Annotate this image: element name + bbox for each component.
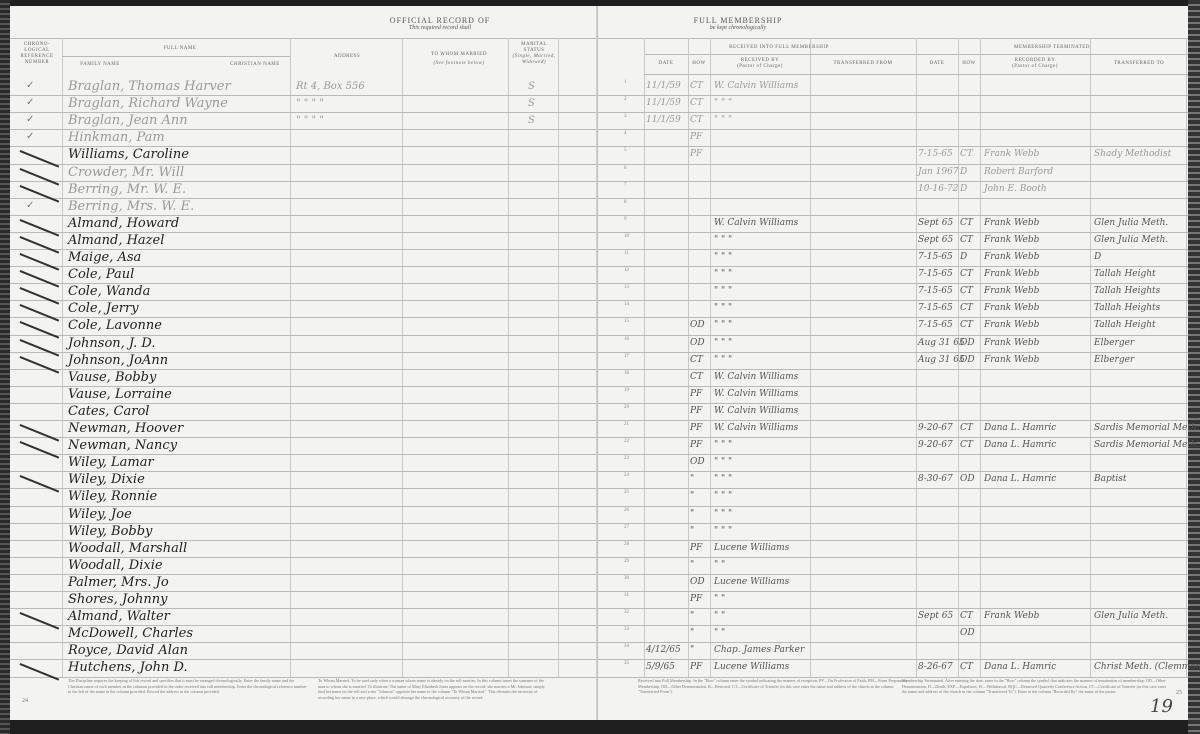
recorded-by: Robert Barford <box>984 167 1053 177</box>
row-rule <box>598 95 1188 96</box>
strike-mark-icon <box>20 663 60 680</box>
received-how: " <box>690 645 694 655</box>
terminated-how: CT <box>960 611 973 621</box>
received-by: W. Calvin Williams <box>714 389 798 399</box>
member-name: Hinkman, Pam <box>68 130 165 145</box>
right-page-number: 25 <box>1176 690 1182 696</box>
check-mark-icon: ✓ <box>26 97 34 108</box>
received-by: " " " <box>714 98 732 108</box>
column-rule <box>710 38 711 677</box>
member-name: Crowder, Mr. Will <box>68 165 184 180</box>
member-name: Berring, Mr. W. E. <box>68 182 186 197</box>
member-name: McDowell, Charles <box>68 626 193 641</box>
transferred-to: Christ Meth. (Clemmons) <box>1094 662 1200 672</box>
row-number: 15 <box>624 319 629 324</box>
received-how: CT <box>690 98 703 108</box>
recorded-by: Frank Webb <box>984 149 1039 159</box>
received-by: " " " <box>714 235 732 245</box>
column-rule <box>402 38 403 677</box>
terminated-date: 8-26-67 <box>918 662 953 672</box>
received-how: PF <box>690 423 702 433</box>
received-how: " <box>690 474 694 484</box>
terminated-how: CT <box>960 320 973 330</box>
received-by: Chap. James Parker <box>714 645 804 655</box>
terminated-how: D <box>960 184 967 194</box>
received-by: " " <box>714 628 725 638</box>
header-marital-status: MARITAL STATUS (Single, Married, Widowed… <box>512 42 556 66</box>
recorded-by: Dana L. Hamric <box>984 423 1056 433</box>
membership-title: FULL MEMBERSHIP <box>638 16 838 25</box>
received-by: " " " <box>714 286 732 296</box>
header-recorded-by: RECORDED BY (Pastor of Charge) <box>980 58 1090 70</box>
member-name: Wiley, Joe <box>68 507 132 522</box>
terminated-how: OD <box>960 355 975 365</box>
terminated-how: CT <box>960 440 973 450</box>
row-rule <box>598 642 1188 643</box>
member-name: Vause, Bobby <box>68 370 156 385</box>
member-name: Royce, David Alan <box>68 643 188 658</box>
terminated-how: CT <box>960 218 973 228</box>
right-page: FULL MEMBERSHIP be kept chronologically … <box>598 6 1188 720</box>
row-rule <box>598 403 1188 404</box>
column-rule <box>508 38 509 677</box>
member-name: Cole, Lavonne <box>68 318 162 333</box>
strike-mark-icon <box>20 612 60 629</box>
row-rule <box>598 420 1188 421</box>
row-number: 10 <box>624 234 629 239</box>
received-how: CT <box>690 372 703 382</box>
recorded-by: Frank Webb <box>984 303 1039 313</box>
row-number: 7 <box>624 183 627 188</box>
transferred-to: Baptist <box>1094 474 1126 484</box>
member-name: Cole, Wanda <box>68 284 150 299</box>
terminated-date: 7-15-65 <box>918 286 953 296</box>
received-by: W. Calvin Williams <box>714 81 798 91</box>
received-date: 11/1/59 <box>646 115 681 125</box>
strike-mark-icon <box>20 150 60 167</box>
terminated-date: Aug 31 65 <box>918 355 965 365</box>
recorded-by: John E. Booth <box>984 184 1047 194</box>
terminated-how: D <box>960 167 967 177</box>
member-name: Cates, Carol <box>68 404 149 419</box>
terminated-how: CT <box>960 303 973 313</box>
recorded-by: Frank Webb <box>984 611 1039 621</box>
row-rule <box>598 249 1188 250</box>
strike-mark-icon <box>20 356 60 373</box>
row-number: 4 <box>624 131 627 136</box>
received-how: PF <box>690 149 702 159</box>
strike-mark-icon <box>20 441 60 458</box>
row-rule <box>598 523 1188 524</box>
header-terminated: MEMBERSHIP TERMINATED <box>916 45 1188 51</box>
member-name: Wiley, Dixie <box>68 472 145 487</box>
marital-status: S <box>528 98 535 109</box>
right-footnote-received: Received into Full Membership. In the "H… <box>638 678 908 695</box>
terminated-how: CT <box>960 286 973 296</box>
received-how: OD <box>690 320 705 330</box>
row-rule <box>598 335 1188 336</box>
marital-status: S <box>528 115 535 126</box>
row-rule <box>598 232 1188 233</box>
row-rule <box>598 129 1188 130</box>
member-name: Maige, Asa <box>68 250 141 265</box>
member-name: Wiley, Lamar <box>68 455 154 470</box>
row-rule <box>598 471 1188 472</box>
marital-status-label: MARITAL STATUS <box>512 42 556 54</box>
row-number: 17 <box>624 354 629 359</box>
received-how: " <box>690 628 694 638</box>
header-term-date: DATE <box>916 61 958 67</box>
terminated-how: OD <box>960 338 975 348</box>
received-date: 11/1/59 <box>646 81 681 91</box>
to-whom-married-label: TO WHOM MARRIED <box>404 52 514 58</box>
row-rule <box>598 181 1188 182</box>
row-rule <box>598 625 1188 626</box>
received-how: PF <box>690 662 702 672</box>
terminated-date: 7-15-65 <box>918 303 953 313</box>
row-rule <box>598 266 1188 267</box>
row-rule <box>598 454 1188 455</box>
row-rule <box>598 300 1188 301</box>
received-by: " " <box>714 560 725 570</box>
member-name: Cole, Paul <box>68 267 134 282</box>
member-name: Wiley, Ronnie <box>68 489 157 504</box>
received-how: CT <box>690 355 703 365</box>
transferred-to: Glen Julia Meth. <box>1094 235 1168 245</box>
terminated-date: 7-15-65 <box>918 320 953 330</box>
recorded-by: Frank Webb <box>984 252 1039 262</box>
member-address: " " " " <box>296 98 324 109</box>
to-whom-married-note: (See footnote below) <box>433 61 484 66</box>
row-number: 18 <box>624 371 629 376</box>
received-by: " " " <box>714 526 732 536</box>
header-how: HOW <box>688 61 710 67</box>
strike-mark-icon <box>20 270 60 287</box>
received-by: " " " <box>714 269 732 279</box>
received-how: " <box>690 491 694 501</box>
transferred-to: Elberger <box>1094 355 1134 365</box>
member-name: Johnson, JoAnn <box>68 353 168 368</box>
transferred-to: Glen Julia Meth. <box>1094 218 1168 228</box>
row-number: 24 <box>624 473 629 478</box>
column-rule <box>1186 38 1187 677</box>
book-edge-right <box>1188 0 1200 734</box>
header-full-name: FULL NAME <box>70 46 290 52</box>
strike-mark-icon <box>20 287 60 304</box>
record-title: OFFICIAL RECORD OF <box>350 16 530 25</box>
check-mark-icon: ✓ <box>26 200 34 211</box>
row-number: 31 <box>624 593 629 598</box>
received-by: W. Calvin Williams <box>714 423 798 433</box>
received-how: PF <box>690 440 702 450</box>
row-number: 29 <box>624 559 629 564</box>
row-number: 13 <box>624 285 629 290</box>
member-name: Woodall, Marshall <box>68 541 187 556</box>
row-rule <box>598 198 1188 199</box>
strike-mark-icon <box>20 219 60 236</box>
terminated-date: 9-20-67 <box>918 440 953 450</box>
received-how: CT <box>690 115 703 125</box>
row-number: 28 <box>624 542 629 547</box>
strike-mark-icon <box>20 339 60 356</box>
row-number: 8 <box>624 200 627 205</box>
header-received-by: RECEIVED BY (Pastor of Charge) <box>710 58 810 70</box>
member-name: Braglan, Richard Wayne <box>68 96 228 111</box>
row-rule <box>598 591 1188 592</box>
member-name: Newman, Hoover <box>68 421 183 436</box>
received-how: OD <box>690 457 705 467</box>
terminated-how: CT <box>960 149 973 159</box>
received-by: " " " <box>714 491 732 501</box>
row-number: 16 <box>624 337 629 342</box>
left-page-title: OFFICIAL RECORD OF This required record … <box>350 16 530 31</box>
row-rule <box>598 146 1188 147</box>
recorded-by: Frank Webb <box>984 218 1039 228</box>
strike-mark-icon <box>20 424 60 441</box>
header-to-whom-married: TO WHOM MARRIED (See footnote below) <box>404 52 514 67</box>
row-rule <box>598 352 1188 353</box>
received-how: CT <box>690 81 703 91</box>
column-rule <box>558 38 559 677</box>
row-number: 33 <box>624 627 629 632</box>
received-how: OD <box>690 338 705 348</box>
row-rule <box>598 386 1188 387</box>
left-footnote-married: To Whom Married. To be used only when a … <box>318 678 548 700</box>
header-term-how: HOW <box>958 61 980 67</box>
member-name: Vause, Lorraine <box>68 387 172 402</box>
row-number: 14 <box>624 302 629 307</box>
member-name: Almand, Walter <box>68 609 170 624</box>
check-mark-icon: ✓ <box>26 131 34 142</box>
received-by: Lucene Williams <box>714 662 789 672</box>
received-how: PF <box>690 132 702 142</box>
received-how: " <box>690 526 694 536</box>
row-number: 26 <box>624 508 629 513</box>
terminated-how: CT <box>960 423 973 433</box>
received-how: PF <box>690 594 702 604</box>
strike-mark-icon <box>20 321 60 338</box>
row-rule <box>598 283 1188 284</box>
left-page-number: 24 <box>22 698 28 704</box>
member-name: Palmer, Mrs. Jo <box>68 575 169 590</box>
received-by: " " " <box>714 474 732 484</box>
strike-mark-icon <box>20 304 60 321</box>
left-page: OFFICIAL RECORD OF This required record … <box>10 6 599 720</box>
member-name: Woodall, Dixie <box>68 558 163 573</box>
recorded-by: Dana L. Hamric <box>984 440 1056 450</box>
row-number: 5 <box>624 148 627 153</box>
column-rule <box>916 38 917 677</box>
terminated-how: D <box>960 252 967 262</box>
terminated-date: 7-15-65 <box>918 269 953 279</box>
header-transferred-from: TRANSFERRED FROM <box>810 61 916 67</box>
row-number: 11 <box>624 251 629 256</box>
recorded-by: Frank Webb <box>984 235 1039 245</box>
strike-mark-icon <box>20 236 60 253</box>
column-rule <box>644 38 645 677</box>
received-by: " " " <box>714 457 732 467</box>
recorded-by-note: (Pastor of Charge) <box>980 64 1090 70</box>
row-number: 35 <box>624 661 629 666</box>
recorded-by: Dana L. Hamric <box>984 474 1056 484</box>
member-name: Cole, Jerry <box>68 301 139 316</box>
row-number: 22 <box>624 439 629 444</box>
record-subtitle: This required record shall <box>350 25 530 31</box>
terminated-how: OD <box>960 628 975 638</box>
row-rule <box>598 677 1188 678</box>
header-christian-name: CHRISTIAN NAME <box>220 62 290 68</box>
received-date: 4/12/65 <box>646 645 681 655</box>
member-name: Berring, Mrs. W. E. <box>68 199 194 214</box>
row-rule <box>598 557 1188 558</box>
received-how: PF <box>690 543 702 553</box>
received-date: 5/9/65 <box>646 662 675 672</box>
row-rule <box>598 540 1188 541</box>
column-rule <box>980 38 981 677</box>
terminated-how: CT <box>960 269 973 279</box>
header-ref-number: CHRONO-LOGICAL REFERENCE NUMBER <box>14 42 60 66</box>
member-name: Braglan, Jean Ann <box>68 113 188 128</box>
received-date: 11/1/59 <box>646 98 681 108</box>
received-by: " " <box>714 611 725 621</box>
transferred-to: Sardis Memorial Meth. <box>1094 440 1200 450</box>
recorded-by: Frank Webb <box>984 286 1039 296</box>
received-how: " <box>690 560 694 570</box>
transferred-to: Tallah Height <box>1094 269 1156 279</box>
row-rule <box>598 506 1188 507</box>
terminated-date: Sept 65 <box>918 218 953 228</box>
header-transferred-to: TRANSFERRED TO <box>1090 61 1188 67</box>
ledger-book: OFFICIAL RECORD OF This required record … <box>0 0 1200 734</box>
recorded-by: Frank Webb <box>984 338 1039 348</box>
received-by: " " " <box>714 320 732 330</box>
recorded-by: Frank Webb <box>984 355 1039 365</box>
handwritten-page-mark: 19 <box>1150 696 1173 717</box>
received-by: " " " <box>714 440 732 450</box>
row-rule <box>598 659 1188 660</box>
member-name: Almand, Hazel <box>68 233 164 248</box>
row-rule <box>598 369 1188 370</box>
received-by: " " " <box>714 252 732 262</box>
marital-status-note: (Single, Married, Widowed) <box>512 54 555 65</box>
header-family-name: FAMILY NAME <box>70 62 130 68</box>
row-rule <box>598 574 1188 575</box>
transferred-to: Elberger <box>1094 338 1134 348</box>
column-rule <box>688 38 689 677</box>
book-edge-left <box>0 0 10 734</box>
row-number: 23 <box>624 456 629 461</box>
row-rule <box>598 437 1188 438</box>
terminated-date: Jan 1967 <box>918 167 959 177</box>
row-number: 2 <box>624 97 627 102</box>
row-rule <box>598 112 1188 113</box>
row-rule <box>598 608 1188 609</box>
received-how: " <box>690 509 694 519</box>
column-rule <box>810 38 811 677</box>
row-number: 21 <box>624 422 629 427</box>
received-by: W. Calvin Williams <box>714 372 798 382</box>
received-how: OD <box>690 577 705 587</box>
header-date: DATE <box>644 61 688 67</box>
row-number: 34 <box>624 644 629 649</box>
member-name: Newman, Nancy <box>68 438 177 453</box>
member-name: Wiley, Bobby <box>68 524 152 539</box>
terminated-date: Sept 65 <box>918 611 953 621</box>
member-name: Williams, Caroline <box>68 147 189 162</box>
column-rule <box>290 38 291 677</box>
row-number: 1 <box>624 80 627 85</box>
received-how: PF <box>690 389 702 399</box>
transferred-to: Shady Methodist <box>1094 149 1171 159</box>
received-by: " " " <box>714 338 732 348</box>
right-footnote-terminated: Membership Terminated. After entering th… <box>902 678 1172 695</box>
column-rule <box>1090 38 1091 677</box>
transferred-to: Glen Julia Meth. <box>1094 611 1168 621</box>
recorded-by: Frank Webb <box>984 320 1039 330</box>
row-number: 12 <box>624 268 629 273</box>
right-page-title: FULL MEMBERSHIP be kept chronologically <box>638 16 838 31</box>
transferred-to: Tallah Heights <box>1094 303 1160 313</box>
header-received: RECEIVED INTO FULL MEMBERSHIP <box>644 45 914 51</box>
recorded-by: Dana L. Hamric <box>984 662 1056 672</box>
terminated-how: OD <box>960 474 975 484</box>
row-number: 30 <box>624 576 629 581</box>
recorded-by: Frank Webb <box>984 269 1039 279</box>
transferred-to: D <box>1094 252 1101 262</box>
terminated-date: 9-20-67 <box>918 423 953 433</box>
transferred-to: Sardis Memorial Meth. <box>1094 423 1200 433</box>
received-by: " " " <box>714 355 732 365</box>
row-number: 19 <box>624 388 629 393</box>
terminated-date: 7-15-65 <box>918 149 953 159</box>
left-footnote-discipline: The Discipline requires the keeping of t… <box>68 678 308 695</box>
marital-status: S <box>528 81 535 92</box>
terminated-how: CT <box>960 662 973 672</box>
terminated-date: 10-16-72 <box>918 184 958 194</box>
row-number: 32 <box>624 610 629 615</box>
row-rule <box>598 164 1188 165</box>
strike-mark-icon <box>20 475 60 492</box>
check-mark-icon: ✓ <box>26 80 34 91</box>
header-rule <box>62 56 290 57</box>
received-how: " <box>690 611 694 621</box>
row-number: 25 <box>624 490 629 495</box>
strike-mark-icon <box>20 253 60 270</box>
terminated-date: 8-30-67 <box>918 474 953 484</box>
row-number: 20 <box>624 405 629 410</box>
row-rule <box>598 215 1188 216</box>
member-name: Hutchens, John D. <box>68 660 188 675</box>
member-name: Almand, Howard <box>68 216 179 231</box>
transferred-to: Tallah Heights <box>1094 286 1160 296</box>
header-address: ADDRESS <box>292 54 402 60</box>
member-name: Shores, Johnny <box>68 592 167 607</box>
transferred-to: Tallah Height <box>1094 320 1156 330</box>
received-by: Lucene Williams <box>714 577 789 587</box>
received-by: " " " <box>714 303 732 313</box>
row-rule <box>10 677 598 678</box>
terminated-date: Sept 65 <box>918 235 953 245</box>
header-rule <box>644 74 1188 75</box>
column-rule <box>62 38 63 677</box>
received-by: W. Calvin Williams <box>714 406 798 416</box>
row-rule <box>598 317 1188 318</box>
member-name: Braglan, Thomas Harver <box>68 79 231 94</box>
member-address: Rt 4, Box 556 <box>296 81 365 92</box>
terminated-date: Aug 31 65 <box>918 338 965 348</box>
received-by: Lucene Williams <box>714 543 789 553</box>
row-number: 3 <box>624 114 627 119</box>
